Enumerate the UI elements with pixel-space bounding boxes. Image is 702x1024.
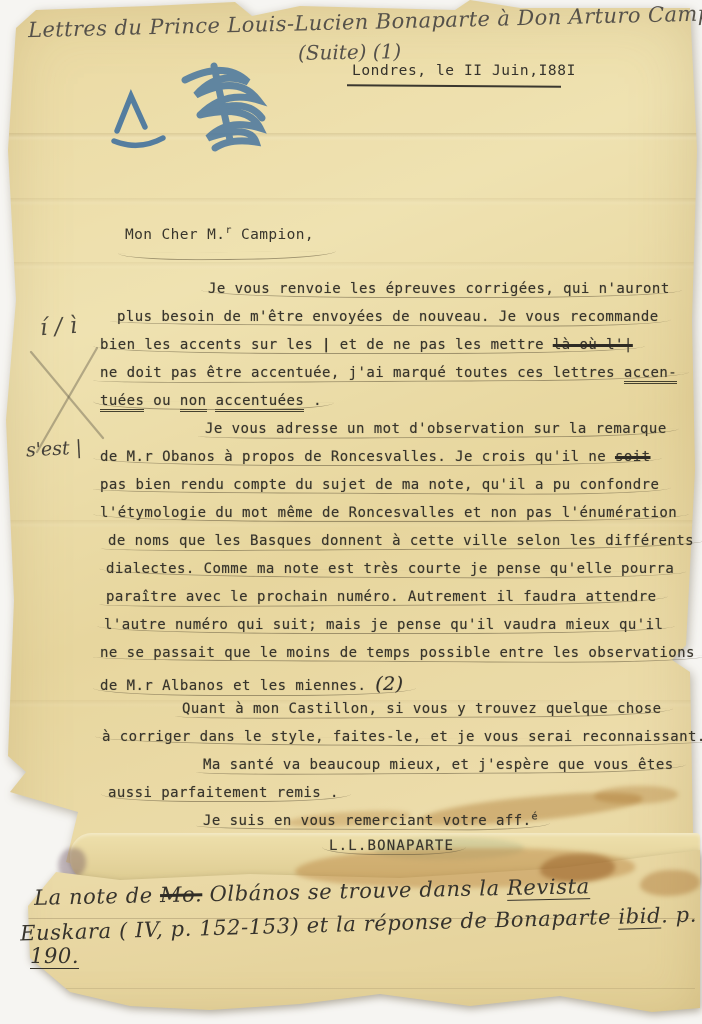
typed-line: Je suis en vous remerciant votre aff.é	[100, 813, 702, 841]
line-text: Je vous renvoie les épreuves corrigées, …	[208, 281, 670, 297]
emphasized-text: accen-	[624, 365, 677, 384]
line-text: tuées ou non accentuées .	[100, 393, 322, 409]
emphasized-text: tuées	[100, 393, 144, 412]
line-segment: ou	[144, 393, 180, 409]
line-segment: Je suis en vous remerciant votre aff.	[203, 813, 532, 829]
line-segment: .	[304, 393, 322, 409]
line-text: de M.r Albanos et les miennes. (2)	[100, 673, 404, 695]
line-text: ne doit pas être accentuée, j'ai marqué …	[100, 365, 677, 381]
line-text: Je suis en vous remerciant votre aff.é	[203, 813, 538, 829]
line-text: Je vous adresse un mot d'observation sur…	[205, 421, 667, 437]
typed-line: l'étymologie du mot même de Roncesvalles…	[100, 505, 675, 533]
footnote-segment: . p.	[661, 903, 698, 928]
line-text: ne se passait que le moins de temps poss…	[100, 645, 695, 661]
scanned-letter: Lettres du Prince Louis-Lucien Bonaparte…	[0, 0, 702, 1024]
typed-line: Je vous renvoie les épreuves corrigées, …	[100, 281, 702, 309]
line-text: plus besoin de m'être envoyées de nouvea…	[117, 309, 659, 325]
line-text: Quant à mon Castillon, si vous y trouvez…	[182, 701, 661, 717]
superscript: é	[532, 811, 538, 822]
struck-text: Mo.	[160, 882, 203, 907]
greeting-pre: Mon Cher M.	[125, 227, 225, 243]
underlined-text: Revista	[507, 874, 590, 901]
typed-line: Ma santé va beaucoup mieux, et j'espère …	[100, 757, 702, 785]
typed-line: pas bien rendu compte du sujet de ma not…	[100, 477, 675, 505]
emphasized-text: non	[180, 393, 207, 412]
typed-line: à corriger dans le style, faites-le, et …	[100, 729, 677, 757]
blue-caret-icon	[114, 96, 163, 145]
line-text: à corriger dans le style, faites-le, et …	[102, 729, 702, 745]
underlined-text: 190.	[30, 944, 79, 969]
signature-text: L.L.BONAPARTE	[329, 838, 454, 854]
underlined-text: ibid	[618, 904, 661, 930]
struck-text: soit	[615, 449, 651, 465]
accented-i-mark: |	[322, 337, 331, 353]
typed-line: Je vous adresse un mot d'observation sur…	[100, 421, 702, 449]
typed-line: de M.r Obanos à propos de Roncesvalles. …	[100, 449, 675, 477]
typed-line: de noms que les Basques donnent à cette …	[100, 533, 683, 561]
struck-text: là où l'|	[553, 337, 633, 353]
footnote-segment: La note de	[34, 883, 160, 910]
typed-line: aussi parfaitement remis .	[100, 785, 683, 813]
line-segment: ne doit pas être accentuée, j'ai marqué …	[100, 365, 624, 381]
line-text: l'étymologie du mot même de Roncesvalles…	[100, 505, 677, 521]
typed-line: de M.r Albanos et les miennes. (2)	[100, 673, 675, 701]
margin-note-sest: s'est |	[25, 437, 82, 462]
margin-note-accents: í / ì	[39, 313, 78, 342]
line-segment: et de ne pas les mettre	[331, 337, 553, 353]
typed-line: dialectes. Comme ma note est très courte…	[100, 561, 681, 589]
line-text: paraître avec le prochain numéro. Autrem…	[106, 589, 656, 605]
typed-line: plus besoin de m'être envoyées de nouvea…	[100, 309, 692, 337]
typed-line: paraître avec le prochain numéro. Autrem…	[100, 589, 681, 617]
line-text: de M.r Obanos à propos de Roncesvalles. …	[100, 449, 650, 465]
line-segment: de M.r Albanos et les miennes.	[100, 678, 375, 694]
line-text: dialectes. Comme ma note est très courte…	[106, 561, 674, 577]
line-text: de noms que les Basques donnent à cette …	[108, 533, 694, 549]
footnote-line: 190.	[30, 944, 79, 968]
typed-line: Quant à mon Castillon, si vous y trouvez…	[100, 701, 702, 729]
greeting: Mon Cher M.r Campion,	[125, 227, 314, 243]
line-text: Ma santé va beaucoup mieux, et j'espère …	[203, 757, 674, 773]
typed-line: ne doit pas être accentuée, j'ai marqué …	[100, 365, 675, 393]
handwritten-number: (2)	[375, 673, 403, 695]
line-text: bien les accents sur les | et de ne pas …	[100, 337, 633, 353]
greeting-post: Campion,	[232, 227, 314, 243]
typed-line: bien les accents sur les | et de ne pas …	[100, 337, 675, 365]
typed-line: l'autre numéro qui suit; mais je pense q…	[100, 617, 679, 645]
line-segment: bien les accents sur les	[100, 337, 322, 353]
emphasized-text: accentuées	[215, 393, 304, 412]
typed-line: ne se passait que le moins de temps poss…	[100, 645, 675, 673]
signature-line: L.L.BONAPARTE	[100, 838, 702, 866]
typed-line: tuées ou non accentuées .	[100, 393, 675, 421]
line-text: pas bien rendu compte du sujet de ma not…	[100, 477, 659, 493]
line-text: aussi parfaitement remis .	[108, 785, 339, 801]
line-text: l'autre numéro qui suit; mais je pense q…	[104, 617, 663, 633]
line-segment: de M.r Obanos à propos de Roncesvalles. …	[100, 449, 615, 465]
